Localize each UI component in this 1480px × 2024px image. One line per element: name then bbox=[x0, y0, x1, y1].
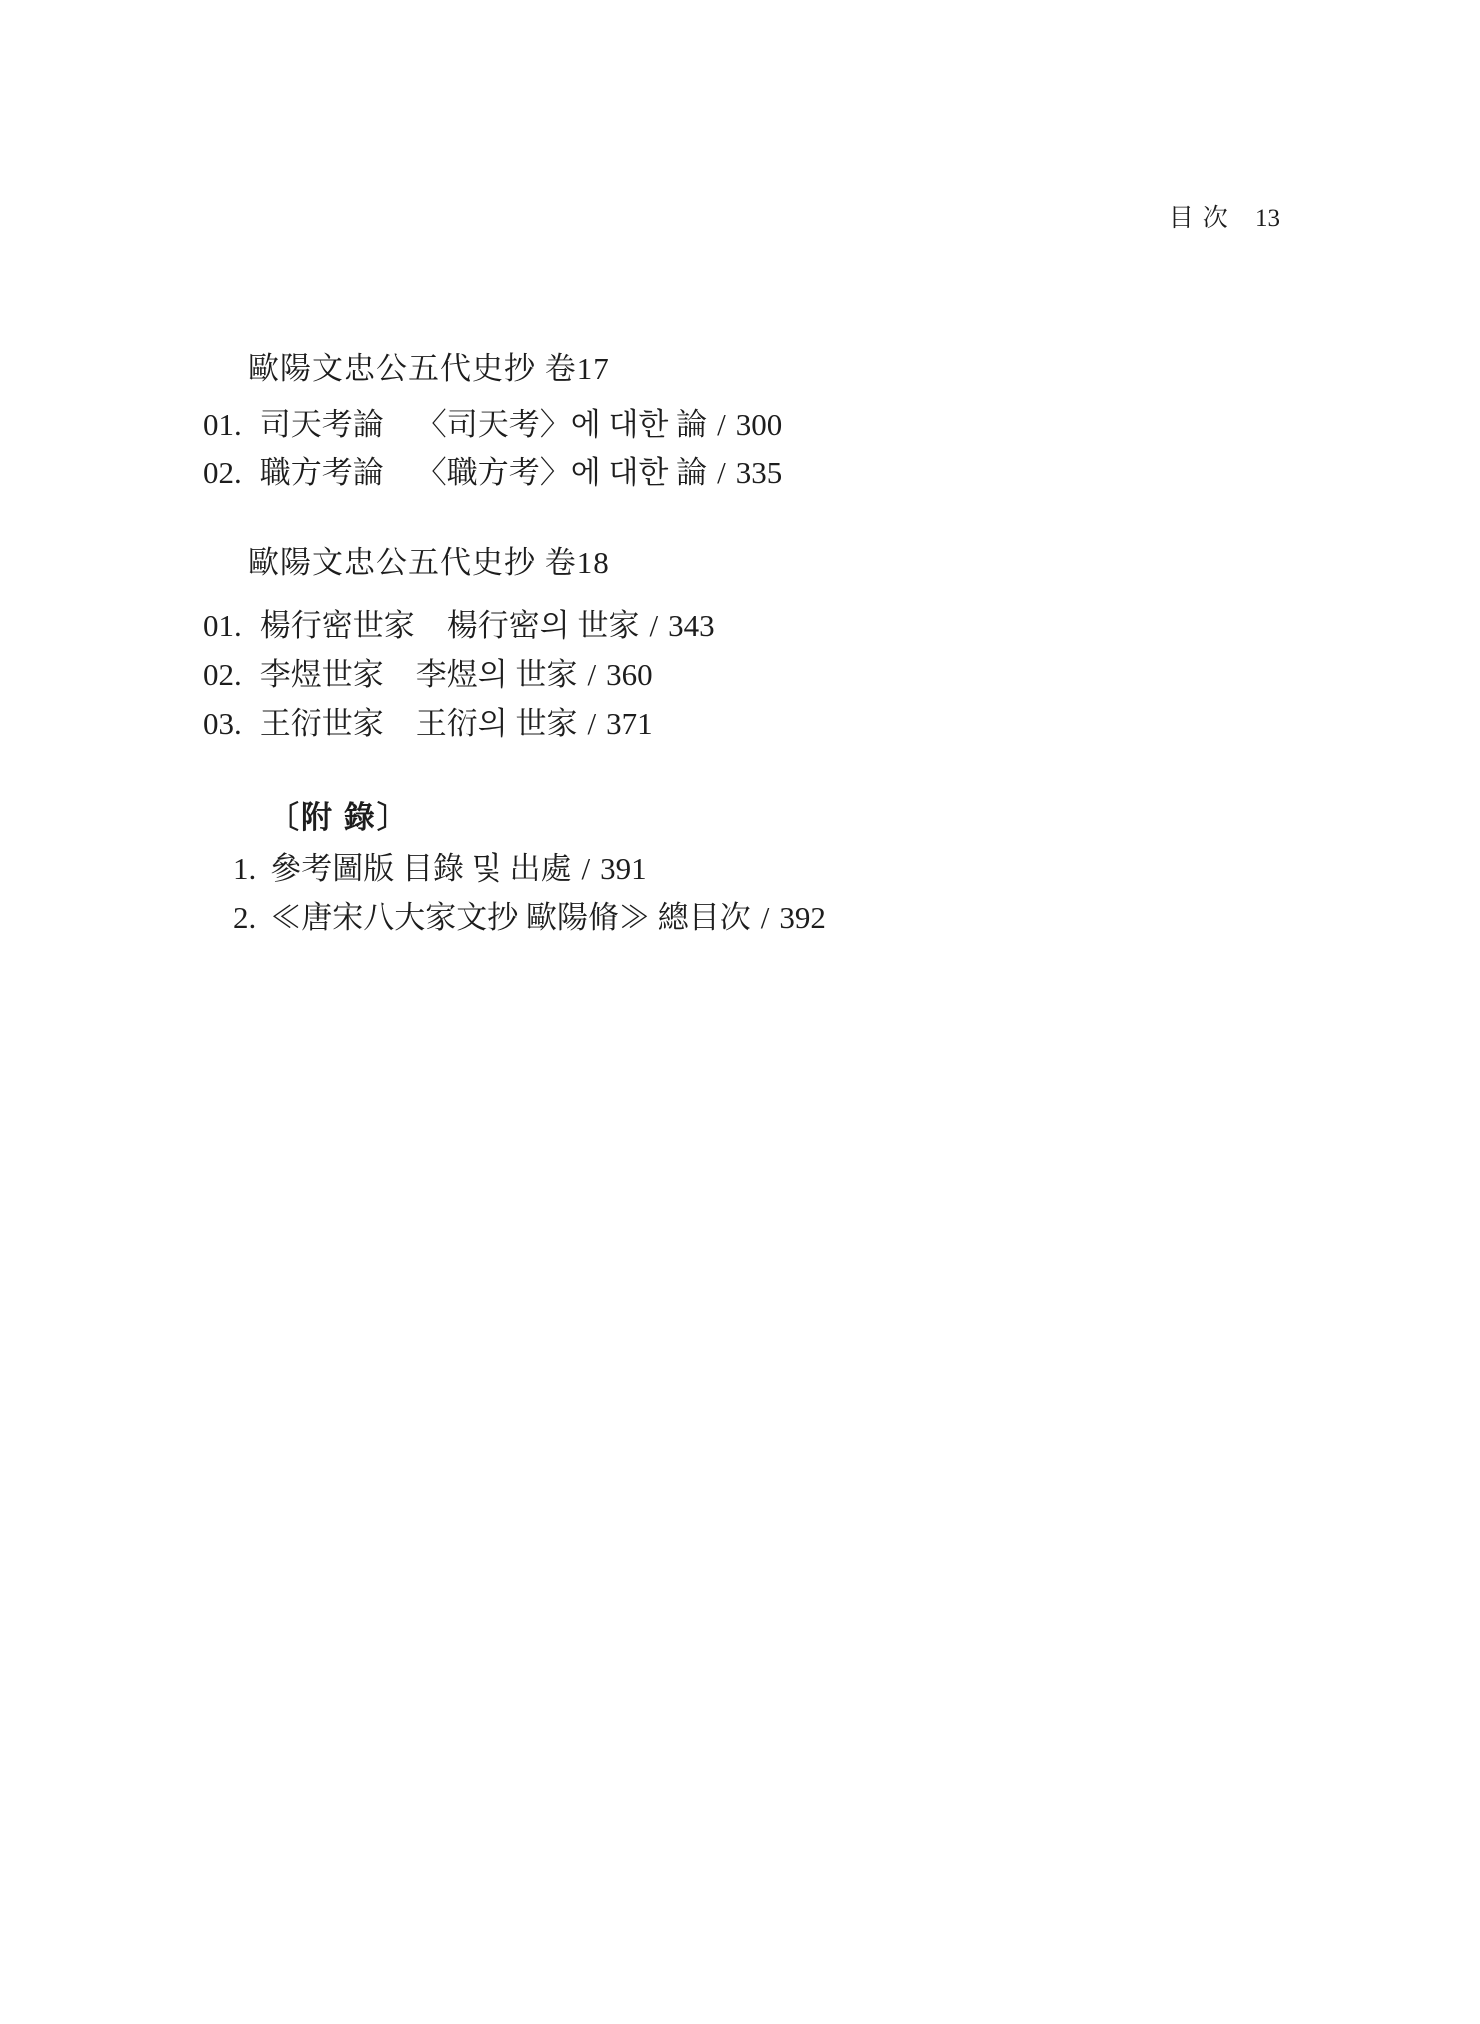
entry-description: 王衍의 世家 bbox=[416, 706, 578, 741]
toc-entry: 03.王衍世家王衍의 世家/371 bbox=[203, 707, 1203, 741]
entry-title: 職方考論 bbox=[260, 455, 384, 490]
entry-page-number: 360 bbox=[606, 657, 653, 692]
entry-description: 李煜의 世家 bbox=[416, 657, 578, 692]
entry-title: 王衍世家 bbox=[260, 706, 384, 741]
entry-page-number: 335 bbox=[736, 455, 783, 490]
entry-description: 〈司天考〉에 대한 論 bbox=[416, 407, 707, 442]
entry-separator: / bbox=[649, 608, 658, 643]
toc-entry: 01.楊行密世家楊行密의 世家/343 bbox=[203, 609, 1203, 643]
appendix-entry: 2.≪唐宋八大家文抄 歐陽脩≫ 總目次/392 bbox=[203, 901, 1203, 935]
entry-number: 03. bbox=[203, 707, 242, 741]
entry-number: 02. bbox=[203, 658, 242, 692]
toc-page: 目次 13 歐陽文忠公五代史抄 卷17 01.司天考論〈司天考〉에 대한 論/3… bbox=[0, 0, 1480, 2024]
entry-separator: / bbox=[717, 455, 726, 490]
entry-number: 01. bbox=[203, 408, 242, 442]
entry-title: ≪唐宋八大家文抄 歐陽脩≫ 總目次 bbox=[270, 900, 751, 935]
entry-separator: / bbox=[587, 706, 596, 741]
toc-entry: 02.李煜世家李煜의 世家/360 bbox=[203, 658, 1203, 692]
entry-title: 楊行密世家 bbox=[260, 608, 415, 643]
running-header: 目次 13 bbox=[1169, 204, 1280, 234]
section-title-vol17: 歐陽文忠公五代史抄 卷17 bbox=[203, 352, 1203, 386]
entry-number: 1. bbox=[233, 852, 256, 886]
toc-entry: 01.司天考論〈司天考〉에 대한 論/300 bbox=[203, 408, 1203, 442]
entry-description: 楊行密의 世家 bbox=[447, 608, 640, 643]
toc-content: 歐陽文忠公五代史抄 卷17 01.司天考論〈司天考〉에 대한 論/300 02.… bbox=[203, 352, 1203, 950]
toc-entry: 02.職方考論〈職方考〉에 대한 論/335 bbox=[203, 456, 1203, 490]
section-title-vol18: 歐陽文忠公五代史抄 卷18 bbox=[203, 546, 1203, 580]
entry-description: 〈職方考〉에 대한 論 bbox=[416, 455, 707, 490]
entry-page-number: 343 bbox=[668, 608, 715, 643]
entry-separator: / bbox=[587, 657, 596, 692]
appendix-title: 〔附 錄〕 bbox=[203, 801, 1203, 835]
entry-title: 李煜世家 bbox=[260, 657, 384, 692]
entry-title: 參考圖版 目錄 및 出處 bbox=[270, 851, 571, 886]
entry-separator: / bbox=[717, 407, 726, 442]
appendix-entry: 1.參考圖版 目錄 및 出處/391 bbox=[203, 852, 1203, 886]
entry-number: 01. bbox=[203, 609, 242, 643]
header-title: 目次 bbox=[1169, 205, 1237, 232]
entry-page-number: 371 bbox=[606, 706, 653, 741]
entry-page-number: 300 bbox=[736, 407, 783, 442]
entry-separator: / bbox=[761, 900, 770, 935]
entry-separator: / bbox=[581, 851, 590, 886]
entry-number: 02. bbox=[203, 456, 242, 490]
entry-number: 2. bbox=[233, 901, 256, 935]
entry-title: 司天考論 bbox=[260, 407, 384, 442]
entry-page-number: 392 bbox=[779, 900, 826, 935]
entry-page-number: 391 bbox=[600, 851, 647, 886]
header-page-number: 13 bbox=[1255, 205, 1280, 232]
